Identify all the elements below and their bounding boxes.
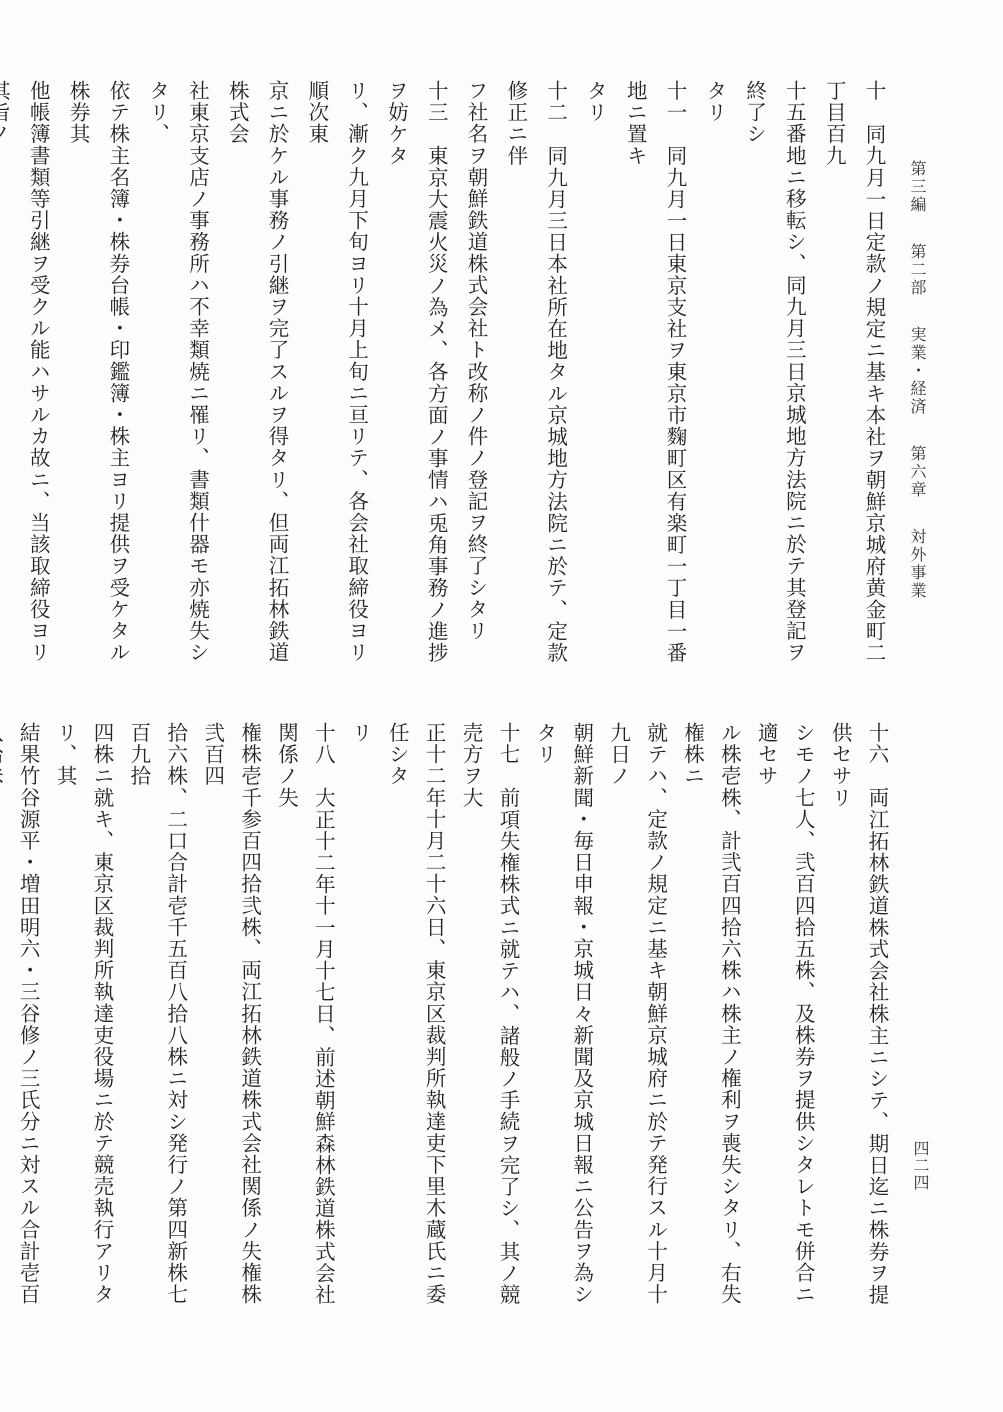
entry-line: 依テ株主名簿・株券台帳・印鑑簿・株主ヨリ提供ヲ受ケタル株券其 [66,80,130,663]
entry-line: 就テハ、定款ノ規定ニ基キ朝鮮京城府ニ於テ発行スル十月十九日ノ [607,722,668,1305]
entry-line: 同九月一日定款ノ規定ニ基キ本社ヲ朝鮮京城府黄金町二丁目百九 [822,80,886,664]
running-head-chapter-title: 対外事業 [906,528,929,600]
entry-13: 十三東京大震火災ノ為メ、各方面ノ事情ハ兎角事務ノ進捗ヲ妨ケタリ、漸ク九月下旬ヨリ… [0,80,455,670]
running-head-chapter: 第六章 [906,445,929,499]
entry-line: フ社名ヲ朝鮮鉄道株式会社ト改称ノ件ノ登記ヲ終了シタリ [464,80,488,642]
entry-number: 十三 [415,80,455,123]
entry-line: 同九月一日東京支社ヲ東京市麴町区有楽町一丁目一番地ニ置キ [623,80,687,664]
entry-18: 十八大正十二年十一月十七日、前述朝鮮森林鉄道株式会社関係ノ失権株壱千参百四拾弐株… [0,722,341,1322]
entry-number: 十二 [535,80,575,123]
entry-line: ル株壱株、計弐百四拾六株ハ株主ノ権利ヲ喪失シタリ、右失権株ニ [680,722,741,1305]
entry-line: 権株壱千参百四拾弐株、両江拓林鉄道株式会社関係ノ失権株弐百四 [201,722,262,1305]
entry-number: 十一 [654,80,694,123]
document-page: 第三編 第二部 実業・経済 第六章 対外事業 四二四 十同九月一日定款ノ規定ニ基… [0,0,1003,1412]
entry-line: 結果竹谷源平・増田明六・三谷修ノ三氏分ニ対スル合計壱百八拾株 [0,722,40,1305]
entry-line: 他帳簿書類等引継ヲ受クル能ハサルカ故ニ、当該取締役ヨリ其旨ノ [0,80,50,663]
entry-line: タリ [583,80,607,123]
entry-line: 四株ニ就キ、東京区裁判所執達吏役場ニ於テ競売執行アリタリ、其 [53,722,114,1305]
running-head-subject: 実業・経済 [906,326,929,416]
entry-16: 十六両江拓林鉄道株式会社株主ニシテ、期日迄ニ株券ヲ提供セサリシモノ七人、弐百四拾… [526,722,895,1322]
entry-17: 十七前項失権株式ニ就テハ、諸般ノ手続ヲ完了シ、其ノ競売方ヲ大正十二年十月二十六日… [341,722,526,1322]
running-head-division: 第二部 [906,243,929,297]
entry-line: 大正十二年十一月十七日、前述朝鮮森林鉄道株式会社関係ノ失 [275,722,336,1306]
running-head: 第三編 第二部 実業・経済 第六章 対外事業 [906,160,929,590]
entry-line: 拾六株、二口合計壱千五百八拾八株ニ対シ発行ノ第四新株七百九拾 [127,722,188,1305]
entry-line: 同九月三日本社所在地タル京城地方法院ニ於テ、定款修正ニ伴 [504,80,568,664]
entry-line: シモノ七人、弐百四拾五株、及株券ヲ提供シタレトモ併合ニ適セサ [754,722,815,1305]
entry-number: 十七 [489,722,526,765]
entry-line: 京ニ於ケル事務ノ引継ヲ完了スルヲ得タリ、但両江拓林鉄道株式会 [225,80,289,663]
entry-12: 十二同九月三日本社所在地タル京城地方法院ニ於テ、定款修正ニ伴フ社名ヲ朝鮮鉄道株式… [455,80,574,670]
entry-line: タリ [703,80,727,123]
entry-number: 十八 [305,722,342,765]
entry-number: 十 [853,80,893,102]
page-number: 四二四 [909,1140,932,1191]
entry-line: リ [348,722,372,744]
entry-line: 朝鮮新聞・毎日申報・京城日々新聞及京城日報ニ公告ヲ為シタリ [533,722,594,1305]
entry-11: 十一同九月一日東京支社ヲ東京市麴町区有楽町一丁目一番地ニ置キタリ [575,80,694,670]
entry-line: 社東京支店ノ事務所ハ不幸類焼ニ罹リ、書類什器モ亦焼失シタリ、 [146,80,210,663]
entry-line: 正十二年十月二十六日、東京区裁判所執達吏下里木蔵氏ニ委任シタ [385,722,446,1305]
entry-line: 前項失権株式ニ就テハ、諸般ノ手続ヲ完了シ、其ノ競売方ヲ大 [459,722,520,1306]
entry-line: 十五番地ニ移転シ、同九月三日京城地方法院ニ於テ其登記ヲ終了シ [743,80,807,663]
entry-line: リ、漸ク九月下旬ヨリ十月上旬ニ亘リテ、各会社取締役ヨリ順次東 [305,80,369,663]
entry-10: 十同九月一日定款ノ規定ニ基キ本社ヲ朝鮮京城府黄金町二丁目百九十五番地ニ移転シ、同… [694,80,893,670]
entry-line: 東京大震火災ノ為メ、各方面ノ事情ハ兎角事務ノ進捗ヲ妨ケタ [384,80,448,664]
text-block-bottom: 十六両江拓林鉄道株式会社株主ニシテ、期日迄ニ株券ヲ提供セサリシモノ七人、弐百四拾… [75,722,895,1322]
text-block-top: 十同九月一日定款ノ規定ニ基キ本社ヲ朝鮮京城府黄金町二丁目百九十五番地ニ移転シ、同… [73,80,893,670]
running-head-part: 第三編 [906,160,929,214]
entry-line: 両江拓林鉄道株式会社株主ニシテ、期日迄ニ株券ヲ提供セサリ [828,722,889,1306]
entry-number: 十六 [858,722,895,765]
